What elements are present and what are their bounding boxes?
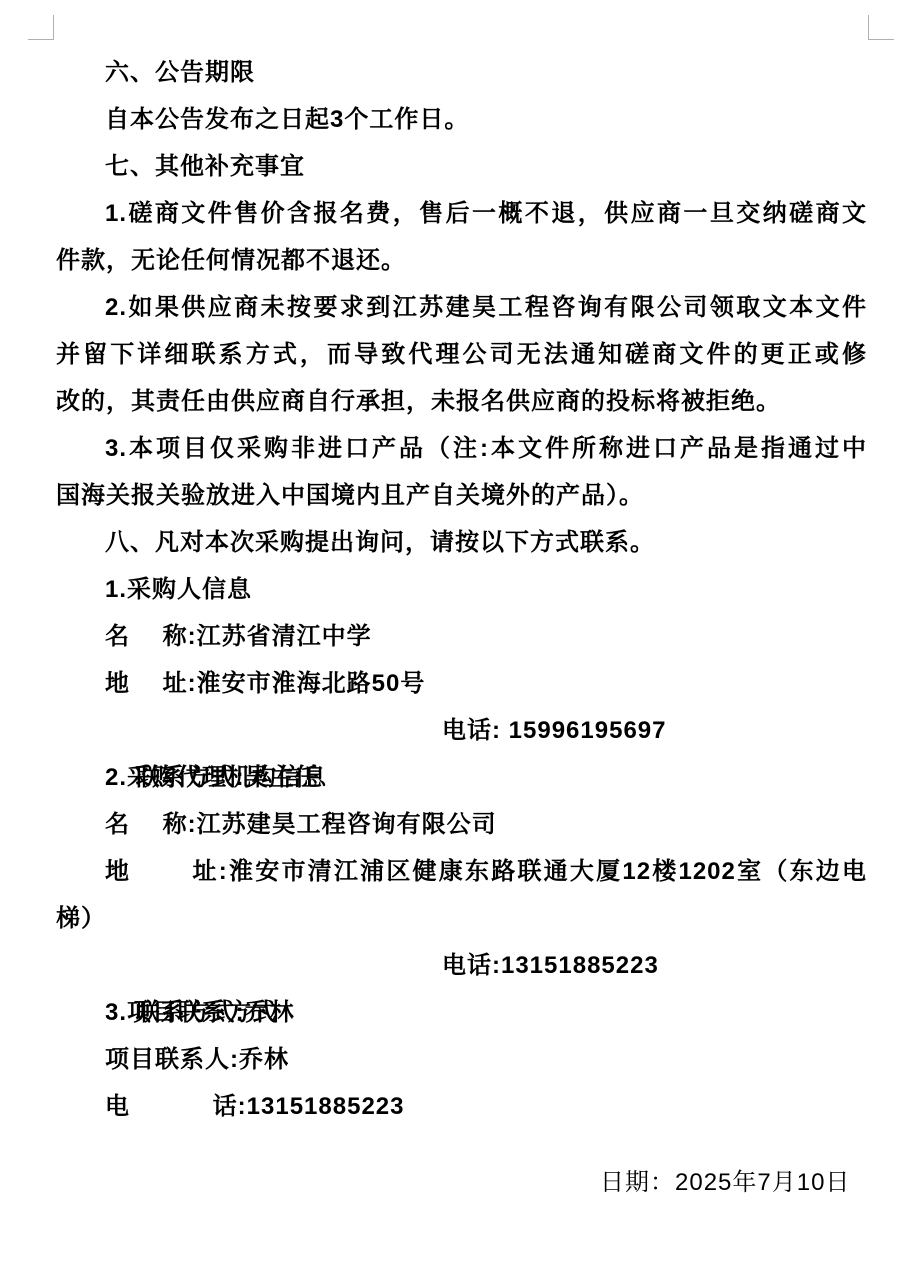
supplement-item2-line1: 2.如果供应商未按要求到江苏建昊工程咨询有限公司领取文本文件 xyxy=(56,284,867,331)
supplement-item3-line2: 国海关报关验放进入中国境内且产自关境外的产品）。 xyxy=(56,472,644,519)
page-corner-mark-top-left xyxy=(28,15,54,40)
section-8-heading: 八、凡对本次采购提出询问，请按以下方式联系。 xyxy=(56,519,655,566)
purchaser-info-title: 1.采购人信息 xyxy=(56,566,252,613)
announcement-date: 日期：2025年7月10日 xyxy=(600,1159,850,1206)
section-6-body: 自本公告发布之日起3个工作日。 xyxy=(56,96,469,143)
project-phone: 电 话:13151885223 xyxy=(56,1083,404,1130)
project-contact-person: 项目联系人:乔林 xyxy=(56,1036,289,1083)
agency-info-title: 2.采购代理机构信息 xyxy=(56,754,327,801)
supplement-item1-line2: 件款，无论任何情况都不退还。 xyxy=(56,237,406,284)
section-6-heading: 六、公告期限 xyxy=(56,49,255,96)
purchaser-contact-row: 联系方式:吴主任 电话: 15996195697 xyxy=(56,707,320,754)
project-contact-title: 3.项目联系方式 xyxy=(56,989,277,1036)
document-page: 六、公告期限 自本公告发布之日起3个工作日。 七、其他补充事宜 1.磋商文件售价… xyxy=(0,0,923,1279)
agency-contact-row: 联系方式:乔林 电话:13151885223 xyxy=(56,942,295,989)
agency-address-line1: 地 址:淮安市清江浦区健康东路联通大厦12楼1202室（东边电 xyxy=(56,848,867,895)
purchaser-phone: 电话: 15996195697 xyxy=(442,707,666,754)
supplement-item3-line1: 3.本项目仅采购非进口产品（注:本文件所称进口产品是指通过中 xyxy=(56,425,867,472)
agency-phone: 电话:13151885223 xyxy=(442,942,659,989)
page-corner-mark-top-right xyxy=(868,15,894,40)
agency-name: 名 称:江苏建昊工程咨询有限公司 xyxy=(56,801,497,848)
supplement-item1-line1: 1.磋商文件售价含报名费，售后一概不退，供应商一旦交纳磋商文 xyxy=(56,190,867,237)
purchaser-name: 名 称:江苏省清江中学 xyxy=(56,613,372,660)
supplement-item2-line3: 改的，其责任由供应商自行承担，未报名供应商的投标将被拒绝。 xyxy=(56,378,781,425)
agency-address-line2: 梯） xyxy=(56,895,106,942)
section-7-heading: 七、其他补充事宜 xyxy=(56,143,305,190)
purchaser-address: 地 址:淮安市淮海北路50号 xyxy=(56,660,425,707)
supplement-item2-line2: 并留下详细联系方式，而导致代理公司无法通知磋商文件的更正或修 xyxy=(56,331,867,378)
